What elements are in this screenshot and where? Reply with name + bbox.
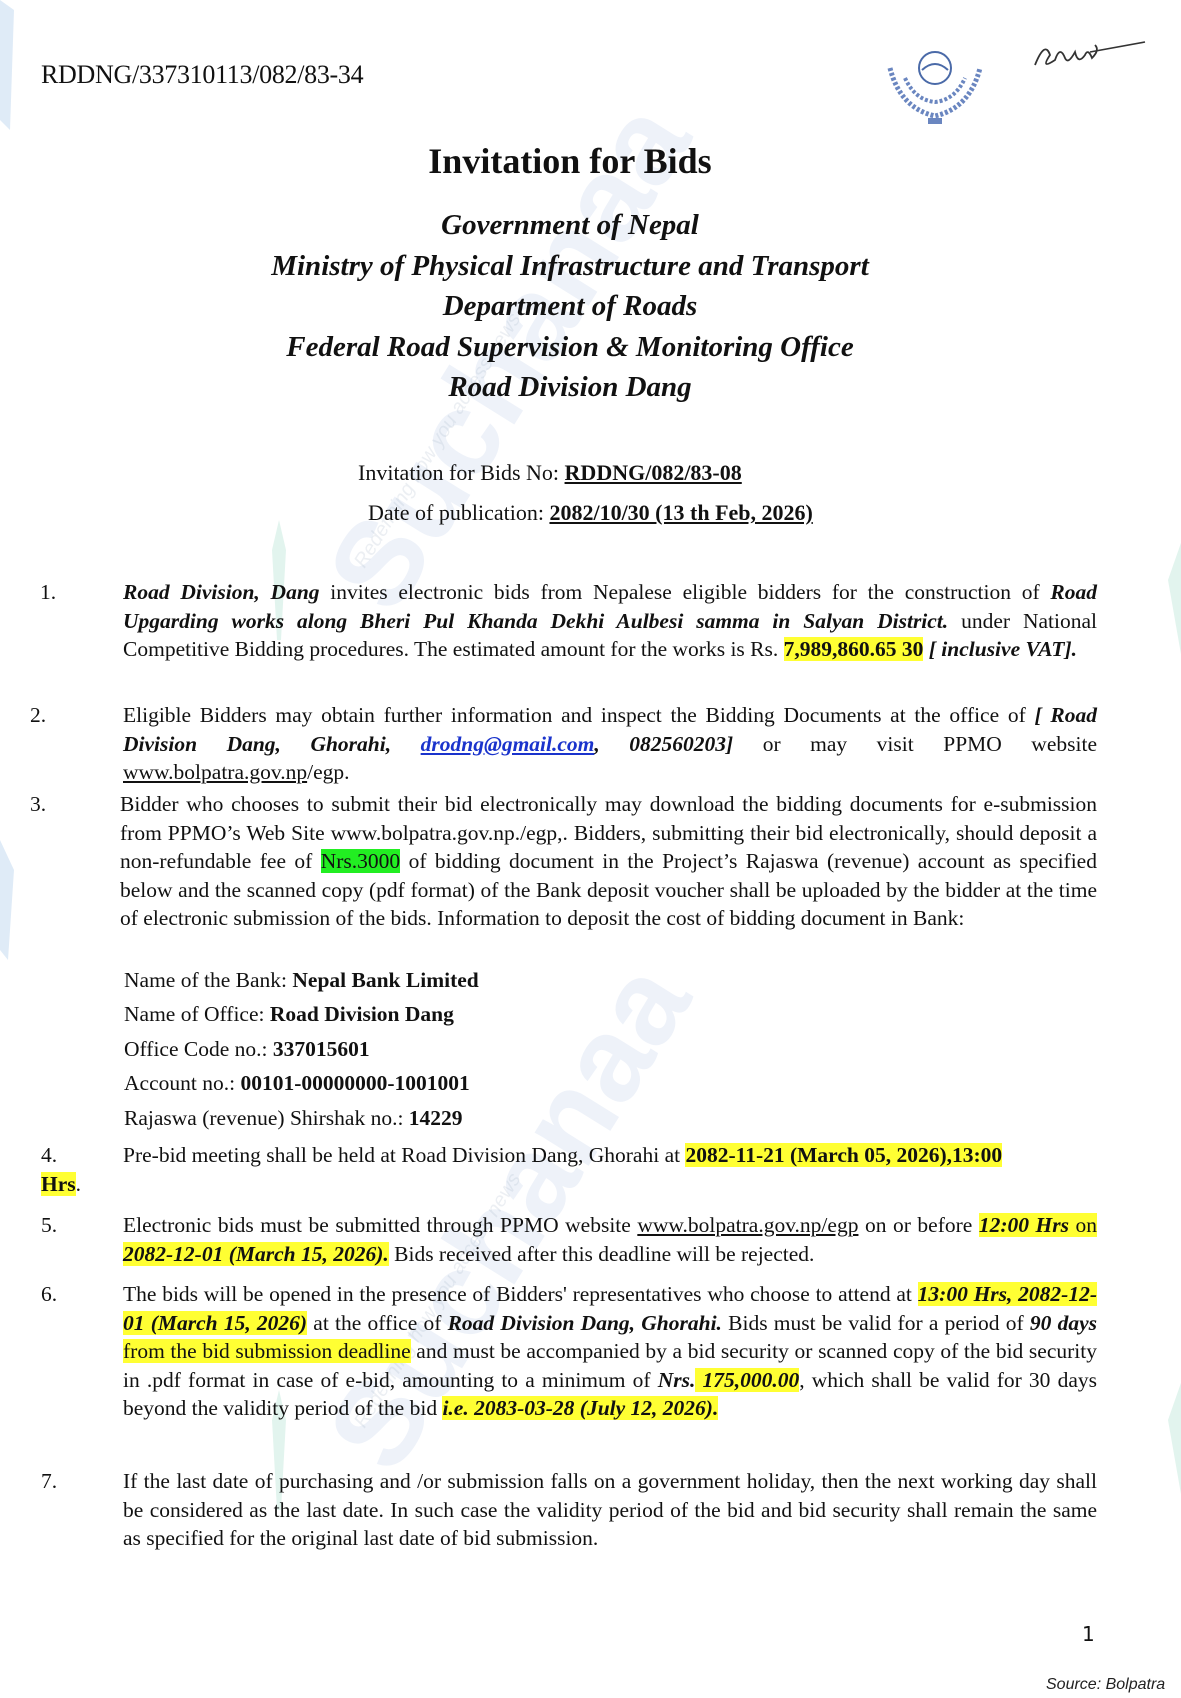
publication-date-label: Date of publication: <box>368 500 549 525</box>
source-credit: Source: Bolpatra <box>1046 1676 1165 1694</box>
page-title: Invitation for Bids <box>0 140 1140 182</box>
publication-date: Date of publication: 2082/10/30 (13 th F… <box>368 500 813 526</box>
reference-number: RDDNG/337310113/082/83-34 <box>41 60 363 90</box>
clause-number: 4. <box>41 1141 123 1170</box>
bid-security-validity: i.e. 2083-03-28 (July 12, 2026). <box>442 1396 718 1420</box>
account-number: Account no.: 00101-00000000-1001001 <box>124 1071 470 1096</box>
publication-date-value: 2082/10/30 (13 th Feb, 2026) <box>549 500 812 525</box>
pre-bid-datetime: 2082-11-21 (March 05, 2026),13:00 <box>685 1143 1002 1167</box>
validity-days: 90 days <box>1030 1311 1097 1335</box>
ifb-number-value: RDDNG/082/83-08 <box>565 460 742 485</box>
clause-number: 7. <box>41 1467 57 1496</box>
bid-security-amount: 175,000.00 <box>695 1368 799 1392</box>
office-code: Office Code no.: 337015601 <box>124 1037 370 1062</box>
watermark-arrow-icon <box>0 840 14 960</box>
clause-text: If the last date of purchasing and /or s… <box>123 1467 1097 1553</box>
clause-number: 6. <box>41 1280 57 1309</box>
email-link[interactable]: drodng@gmail.com <box>421 732 595 756</box>
government-seal-icon <box>880 38 990 128</box>
watermark-arrow-icon <box>1168 1380 1181 1500</box>
org-line-ministry: Ministry of Physical Infrastructure and … <box>0 246 1140 287</box>
ifb-number: Invitation for Bids No: RDDNG/082/83-08 <box>358 460 742 486</box>
clause-text: Eligible Bidders may obtain further info… <box>123 701 1097 787</box>
clause-number: 5. <box>41 1211 57 1240</box>
clause-number: 2. <box>30 701 46 730</box>
org-line-office: Federal Road Supervision & Monitoring Of… <box>0 327 1140 368</box>
ifb-number-label: Invitation for Bids No: <box>358 460 565 485</box>
watermark-arrow-icon <box>0 0 14 130</box>
org-line-government: Government of Nepal <box>0 205 1140 246</box>
clause-text: The bids will be opened in the presence … <box>123 1280 1097 1423</box>
clause-text: 4.Pre-bid meeting shall be held at Road … <box>41 1141 1097 1198</box>
clause-text: Electronic bids must be submitted throug… <box>123 1211 1097 1268</box>
org-line-department: Department of Roads <box>0 286 1140 327</box>
organization-header: Government of Nepal Ministry of Physical… <box>0 205 1140 408</box>
clause-number: 3. <box>30 790 46 819</box>
document-fee: Nrs.3000 <box>321 849 400 873</box>
estimated-amount: 7,989,860.65 30 <box>784 637 924 661</box>
bolpatra-egp-link[interactable]: www.bolpatra.gov.np/egp <box>637 1213 858 1237</box>
clause-text: Road Division, Dang invites electronic b… <box>123 578 1097 664</box>
bank-name: Name of the Bank: Nepal Bank Limited <box>124 968 479 993</box>
watermark-arrow-icon <box>1168 540 1181 660</box>
revenue-shirshak-number: Rajaswa (revenue) Shirshak no.: 14229 <box>124 1106 463 1131</box>
clause-number: 1. <box>40 578 56 607</box>
org-line-division: Road Division Dang <box>0 367 1140 408</box>
clause-text: Bidder who chooses to submit their bid e… <box>120 790 1097 933</box>
bolpatra-website-link[interactable]: www.bolpatra.gov.np <box>123 760 307 784</box>
page-number: 1 <box>1082 1622 1095 1646</box>
office-name: Road Division, Dang <box>123 580 320 604</box>
signature-icon <box>1030 30 1150 80</box>
office-name: Name of Office: Road Division Dang <box>124 1002 454 1027</box>
